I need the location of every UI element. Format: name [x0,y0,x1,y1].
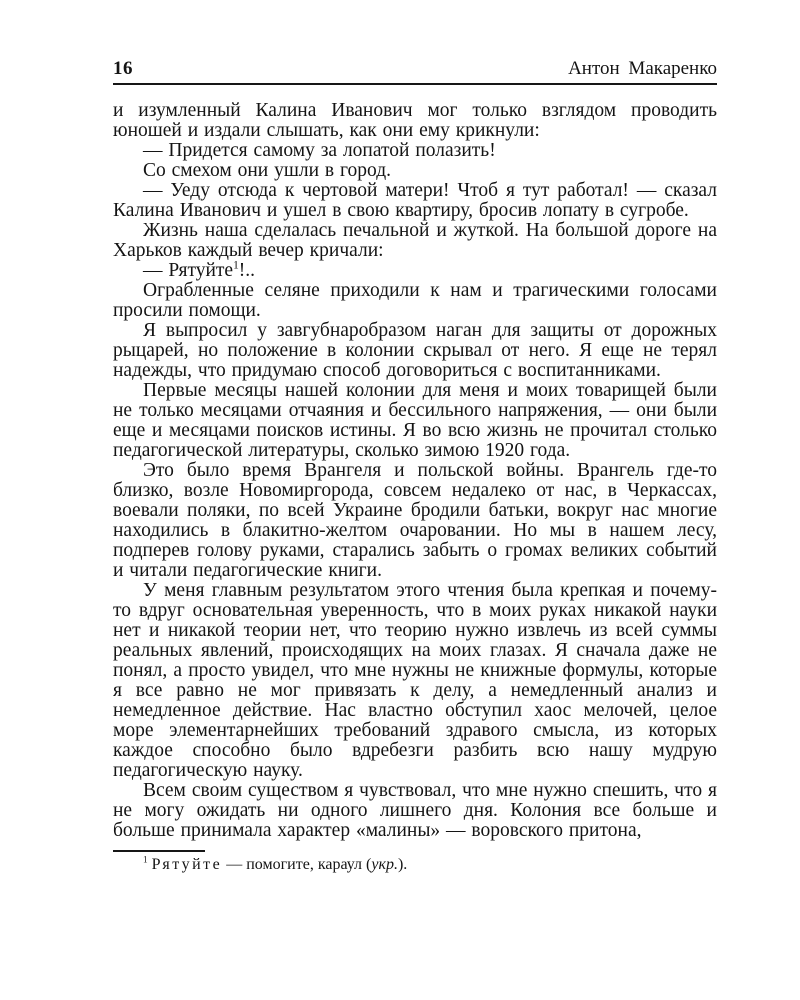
running-head: Антон Макаренко [568,58,717,80]
page-header: 16 Антон Макаренко [113,58,717,83]
text-run-sup: 1 [143,856,148,866]
text-run-italic: укр. [371,856,398,873]
book-page: 16 Антон Макаренко и изумленный Калина И… [0,0,800,1000]
text-run: У меня главным результатом этого чтения … [113,580,717,781]
paragraph: Жизнь наша сделалась печальной и жуткой.… [113,221,717,261]
paragraph: Со смехом они ушли в город. [113,161,717,181]
text-run: Это было время Врангеля и польской войны… [113,460,717,581]
text-run: — Рятуйте [143,260,233,281]
body-text: и изумленный Калина Иванович мог только … [113,101,717,841]
page-content: 16 Антон Макаренко и изумленный Калина И… [113,58,717,875]
paragraph: Всем своим существом я чувствовал, что м… [113,781,717,841]
paragraph: Я выпросил у завгубнаробразом наган для … [113,321,717,381]
text-run: Я выпросил у завгубнаробразом наган для … [113,320,717,381]
paragraph: Ограбленные селяне приходили к нам и тра… [113,281,717,321]
paragraph: Первые месяцы нашей колонии для меня и м… [113,381,717,461]
page-number: 16 [113,58,133,80]
text-run: ). [398,856,407,873]
paragraph: и изумленный Калина Иванович мог только … [113,101,717,141]
footnote-area: 1 Рятуйте — помогите, караул (укр.). [113,850,717,875]
header-rule [113,83,717,85]
text-run: Ограбленные селяне приходили к нам и тра… [113,280,717,321]
text-run: — Уеду отсюда к чертовой матери! Чтоб я … [113,180,717,221]
paragraph: — Уеду отсюда к чертовой матери! Чтоб я … [113,181,717,221]
text-run: — Придется самому за лопатой полазить! [143,140,496,161]
text-run: Всем своим существом я чувствовал, что м… [113,780,717,841]
text-run: !.. [239,260,255,281]
paragraph: — Придется самому за лопатой полазить! [113,141,717,161]
text-run: и изумленный Калина Иванович мог только … [113,100,717,141]
text-run-spaced: Рятуйте [152,856,223,873]
paragraph: — Рятуйте1!.. [113,261,717,281]
paragraph: Это было время Врангеля и польской войны… [113,461,717,581]
text-run: Со смехом они ушли в город. [143,160,391,181]
paragraph: У меня главным результатом этого чтения … [113,581,717,781]
text-run: Жизнь наша сделалась печальной и жуткой.… [113,220,717,261]
text-run: Первые месяцы нашей колонии для меня и м… [113,380,717,461]
footnote-rule [113,850,205,852]
footnote-text: 1 Рятуйте — помогите, караул (укр.). [113,855,717,875]
text-run: — помогите, караул ( [222,856,371,873]
